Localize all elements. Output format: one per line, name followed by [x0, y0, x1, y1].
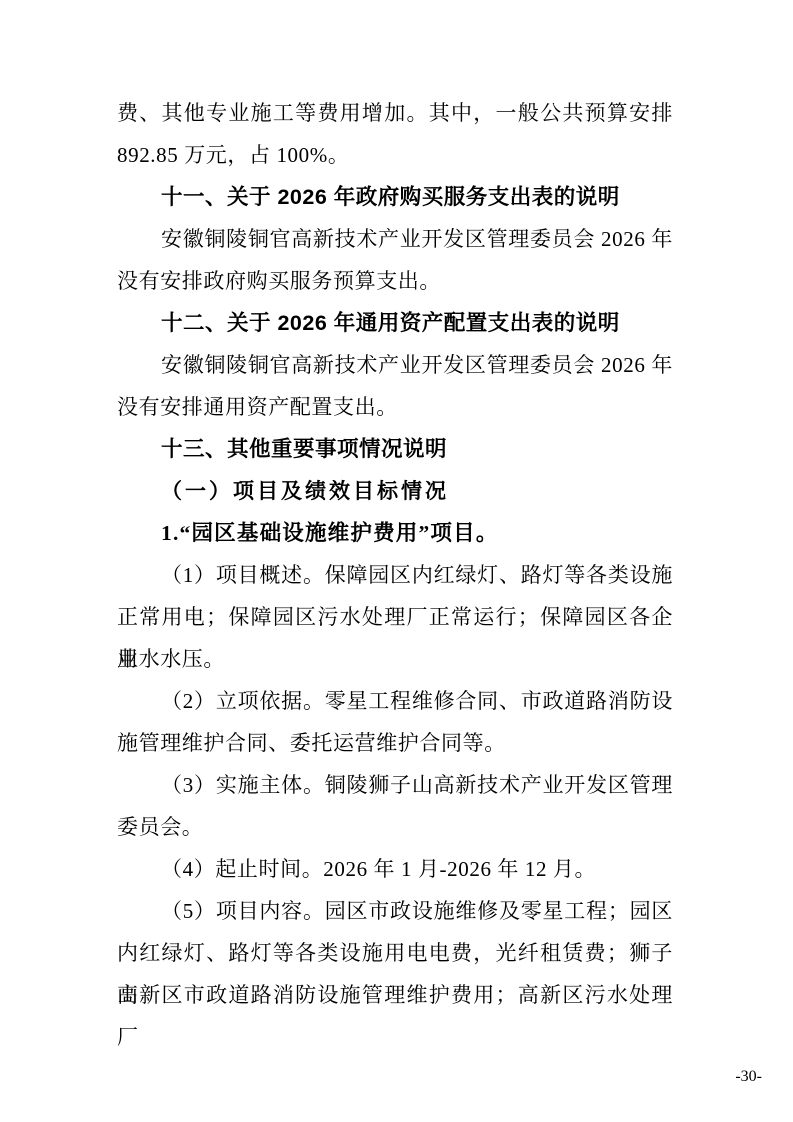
text-line: 委员会。 [117, 806, 673, 848]
subsection-heading: （一）项目及绩效目标情况 [117, 470, 673, 512]
text-line: 正常用电；保障园区污水处理厂正常运行；保障园区各企业 [117, 596, 673, 638]
text-line: （4）起止时间。2026 年 1 月-2026 年 12 月。 [117, 848, 673, 890]
text-line: 费、其他专业施工等费用增加。其中，一般公共预算安排 [117, 92, 673, 134]
project-heading: 1.“园区基础设施维护费用”项目。 [117, 512, 673, 554]
text-line: （3）实施主体。铜陵狮子山高新技术产业开发区管理 [117, 764, 673, 806]
text-line: 高新区市政道路消防设施管理维护费用；高新区污水处理厂 [117, 974, 673, 1016]
text-line: （2）立项依据。零星工程维修合同、市政道路消防设 [117, 680, 673, 722]
section-heading-11: 十一、关于 2026 年政府购买服务支出表的说明 [117, 176, 673, 218]
text-line: 内红绿灯、路灯等各类设施用电电费，光纤租赁费；狮子山 [117, 932, 673, 974]
text-line: 没有安排通用资产配置支出。 [117, 386, 673, 428]
document-page: 费、其他专业施工等费用增加。其中，一般公共预算安排 892.85 万元，占 10… [0, 0, 793, 1122]
document-body: 费、其他专业施工等费用增加。其中，一般公共预算安排 892.85 万元，占 10… [117, 92, 673, 1016]
text-line: 用水水压。 [117, 638, 673, 680]
text-line: （5）项目内容。园区市政设施维修及零星工程；园区 [117, 890, 673, 932]
section-heading-13: 十三、其他重要事项情况说明 [117, 428, 673, 470]
text-line: 没有安排政府购买服务预算支出。 [117, 260, 673, 302]
text-line: 安徽铜陵铜官高新技术产业开发区管理委员会 2026 年 [117, 344, 673, 386]
text-line: 安徽铜陵铜官高新技术产业开发区管理委员会 2026 年 [117, 218, 673, 260]
page-number: -30- [735, 1068, 762, 1086]
text-line: 892.85 万元，占 100%。 [117, 134, 673, 176]
text-line: （1）项目概述。保障园区内红绿灯、路灯等各类设施 [117, 554, 673, 596]
text-line: 施管理维护合同、委托运营维护合同等。 [117, 722, 673, 764]
section-heading-12: 十二、关于 2026 年通用资产配置支出表的说明 [117, 302, 673, 344]
